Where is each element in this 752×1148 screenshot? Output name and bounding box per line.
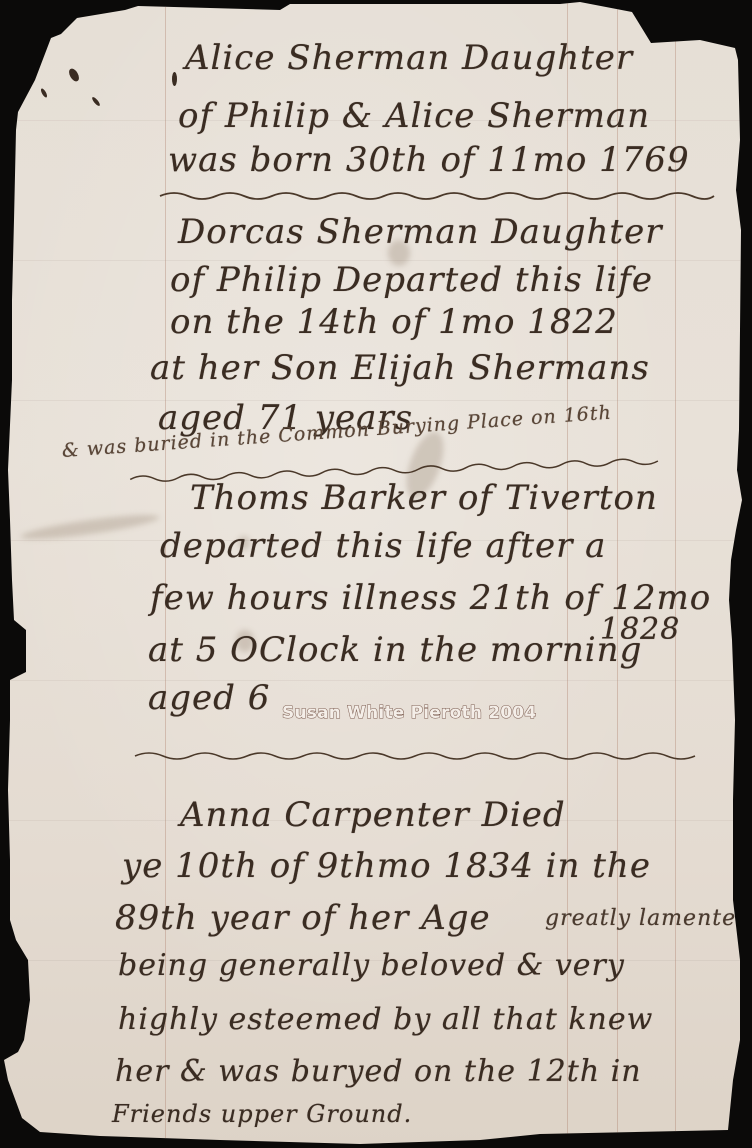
entry-line: of Philip & Alice Sherman (178, 96, 650, 136)
entry-line: of Philip Departed this life (170, 260, 653, 300)
watermark: Susan White Pieroth 2004 (282, 703, 536, 723)
ink-mark (91, 96, 101, 107)
entry-line: at her Son Elijah Shermans (150, 348, 650, 388)
entry-line: Anna Carpenter Died (180, 795, 566, 835)
paper-laid-line (0, 680, 752, 681)
paper-stain (20, 510, 161, 543)
entry-line: Thoms Barker of Tiverton (190, 478, 658, 518)
entry-line: departed this life after a (160, 526, 606, 566)
entry-line: aged 6 (148, 678, 270, 718)
entry-line: being generally beloved & very (118, 948, 625, 983)
entry-line: 89th year of her Age (115, 898, 491, 938)
ink-mark (67, 67, 81, 83)
ink-mark (40, 88, 48, 99)
separator-wavy-line (0, 182, 752, 212)
entry-line: at 5 OClock in the morning (148, 630, 642, 670)
entry-line: on the 14th of 1mo 1822 (170, 302, 618, 342)
entry-line: was born 30th of 11mo 1769 (168, 140, 690, 180)
entry-line: Alice Sherman Daughter (185, 38, 633, 78)
entry-line: Friends upper Ground. (112, 1100, 412, 1128)
ink-mark (172, 72, 177, 86)
separator-wavy-line (0, 742, 752, 772)
entry-line: greatly lamented (545, 906, 751, 931)
entry-line: highly esteemed by all that knew (118, 1002, 653, 1037)
document-page: Alice Sherman Daughter of Philip & Alice… (0, 0, 752, 1148)
entry-line: Dorcas Sherman Daughter (178, 212, 662, 252)
entry-line: ye 10th of 9thmo 1834 in the (122, 846, 651, 886)
entry-line: her & was buryed on the 12th in (115, 1054, 642, 1089)
